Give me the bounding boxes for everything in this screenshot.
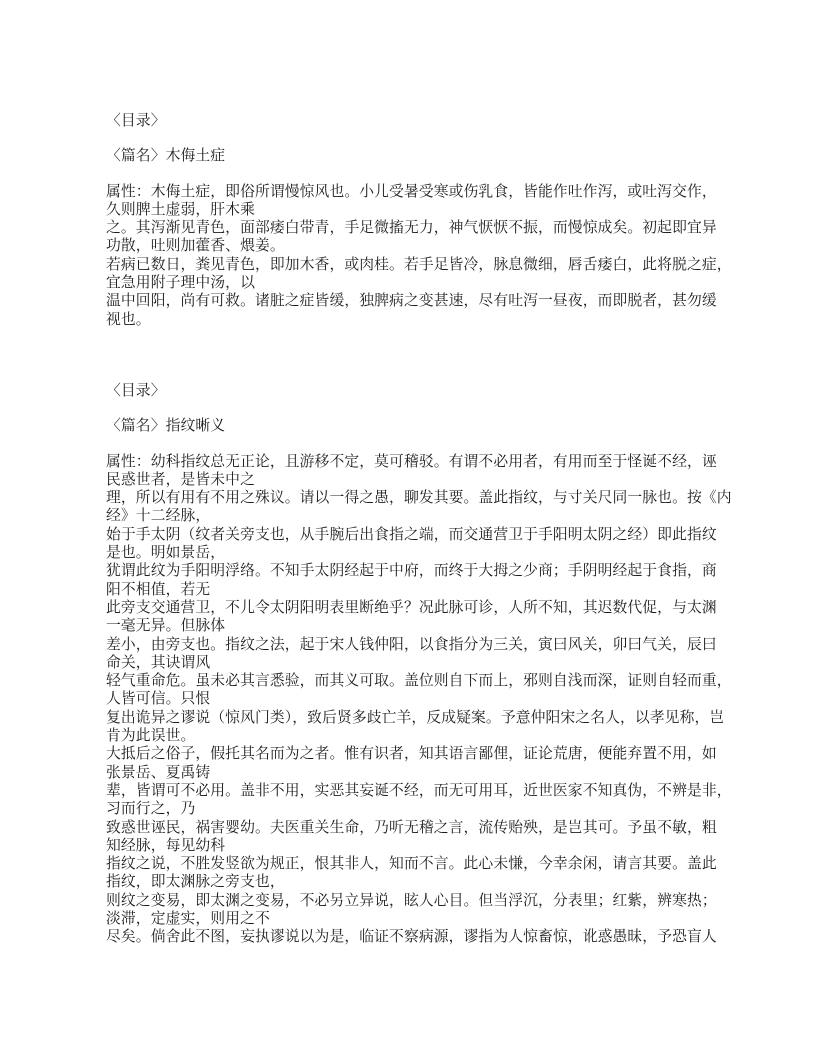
text-line: 指纹之说，不胜发竖欲为规正，恨其非人，知而不言。此心未慊，今幸余闲，请言其要。盖… <box>106 855 726 873</box>
text-line: 民惑世者，是皆未中之 <box>106 471 726 489</box>
text-line: 犹谓此纹为手阳明浮络。不知手太阴经起于中府，而终于大拇之少商；手阴明经起于食指，… <box>106 562 726 580</box>
document-content: 〈目录〉 〈篇名〉木侮土症 属性：木侮土症，即俗所谓慢惊风也。小儿受暑受寒或伤乳… <box>106 112 726 947</box>
text-line: 致惑世诬民，祸害婴幼。夫医重关生命，乃听无稽之言，流传贻殃，是岂其可。予虽不敏，… <box>106 819 726 837</box>
text-line: 理，所以有用有不用之殊议。请以一得之愚，聊发其要。盖此指纹，与寸关尺同一脉也。按… <box>106 489 726 507</box>
text-line: 经》十二经脉， <box>106 507 726 525</box>
text-line: 知经脉，每见幼科 <box>106 837 726 855</box>
text-line: 功散，吐则加藿香、煨姜。 <box>106 237 726 255</box>
text-line: 若病已数日，粪见青色，即加木香，或肉桂。若手足皆冷，脉息微细，唇舌痿白，此将脱之… <box>106 256 726 274</box>
text-line: 张景岳、夏禹铸 <box>106 764 726 782</box>
text-line: 轻气重命危。虽未必其言悉验，而其义可取。盖位则自下而上，邪则自浅而深，证则自轻而… <box>106 672 726 690</box>
text-line: 大抵后之俗子，假托其名而为之者。惟有识者，知其语言鄙俚，证论荒唐，便能弃置不用，… <box>106 745 726 763</box>
text-line: 始于手太阴（纹者关旁支也，从手腕后出食指之端，而交通营卫于手阳明太阴之经）即此指… <box>106 526 726 544</box>
text-line: 命关，其诀谓风 <box>106 654 726 672</box>
section-title: 〈篇名〉木侮土症 <box>106 147 726 165</box>
text-line: 视也。 <box>106 311 726 329</box>
section-paragraph: 属性：幼科指纹总无正论，且游移不定，莫可稽驳。有谓不必用者，有用而至于怪诞不经，… <box>106 453 726 947</box>
text-line: 人皆可信。只恨 <box>106 690 726 708</box>
text-line: 淡滞，定虚实，则用之不 <box>106 910 726 928</box>
text-line: 复出诡异之谬说（惊风门类），致后贤多歧亡羊，反成疑案。予意仲阳宋之名人，以孝见称… <box>106 709 726 727</box>
text-line: 久则脾土虚弱，肝木乘 <box>106 201 726 219</box>
text-line: 属性：幼科指纹总无正论，且游移不定，莫可稽驳。有谓不必用者，有用而至于怪诞不经，… <box>106 453 726 471</box>
text-line: 温中回阳，尚有可救。诸脏之症皆缓，独脾病之变甚速，尽有吐泻一昼夜，而即脱者，甚勿… <box>106 292 726 310</box>
text-line: 此旁支交通营卫，不儿令太阴阳明表里断绝乎？况此脉可诊，人所不知，其迟数代促，与太… <box>106 599 726 617</box>
document-page: 〈目录〉 〈篇名〉木侮土症 属性：木侮土症，即俗所谓慢惊风也。小儿受暑受寒或伤乳… <box>0 0 816 1056</box>
section-paragraph: 属性：木侮土症，即俗所谓慢惊风也。小儿受暑受寒或伤乳食，皆能作吐作泻，或吐泻交作… <box>106 183 726 329</box>
text-line: 习而行之，乃 <box>106 800 726 818</box>
text-line: 则纹之变易，即太渊之变易，不必另立异说，眩人心目。但当浮沉，分表里；红紫，辨寒热… <box>106 892 726 910</box>
text-line: 阳不相值，若无 <box>106 581 726 599</box>
text-line: 差小，由旁支也。指纹之法，起于宋人钱仲阳，以食指分为三关，寅曰风关，卯曰气关，辰… <box>106 636 726 654</box>
text-line: 属性：木侮土症，即俗所谓慢惊风也。小儿受暑受寒或伤乳食，皆能作吐作泻，或吐泻交作… <box>106 183 726 201</box>
toc-marker: 〈目录〉 <box>106 382 726 400</box>
section-zhiwenxiyi: 〈目录〉 〈篇名〉指纹晰义 属性：幼科指纹总无正论，且游移不定，莫可稽驳。有谓不… <box>106 382 726 947</box>
toc-marker: 〈目录〉 <box>106 112 726 130</box>
text-line: 辈，皆谓可不必用。盖非不用，实恶其妄诞不经，而无可用耳，近世医家不知真伪，不辨是… <box>106 782 726 800</box>
section-title: 〈篇名〉指纹晰义 <box>106 417 726 435</box>
text-line: 指纹，即太渊脉之旁支也， <box>106 873 726 891</box>
text-line: 尽矣。倘舍此不图，妄执谬说以为是，临证不察病源，谬指为人惊畜惊，讹惑愚昧，予恐盲… <box>106 928 726 946</box>
section-muwutuzheng: 〈目录〉 〈篇名〉木侮土症 属性：木侮土症，即俗所谓慢惊风也。小儿受暑受寒或伤乳… <box>106 112 726 329</box>
text-line: 之。其泻渐见青色，面部痿白带青，手足微搐无力，神气恹恹不振，而慢惊成矣。初起即宜… <box>106 219 726 237</box>
text-line: 一毫无异。但脉体 <box>106 617 726 635</box>
text-line: 是也。明如景岳， <box>106 544 726 562</box>
text-line: 宜急用附子理中汤，以 <box>106 274 726 292</box>
text-line: 肯为此误世。 <box>106 727 726 745</box>
